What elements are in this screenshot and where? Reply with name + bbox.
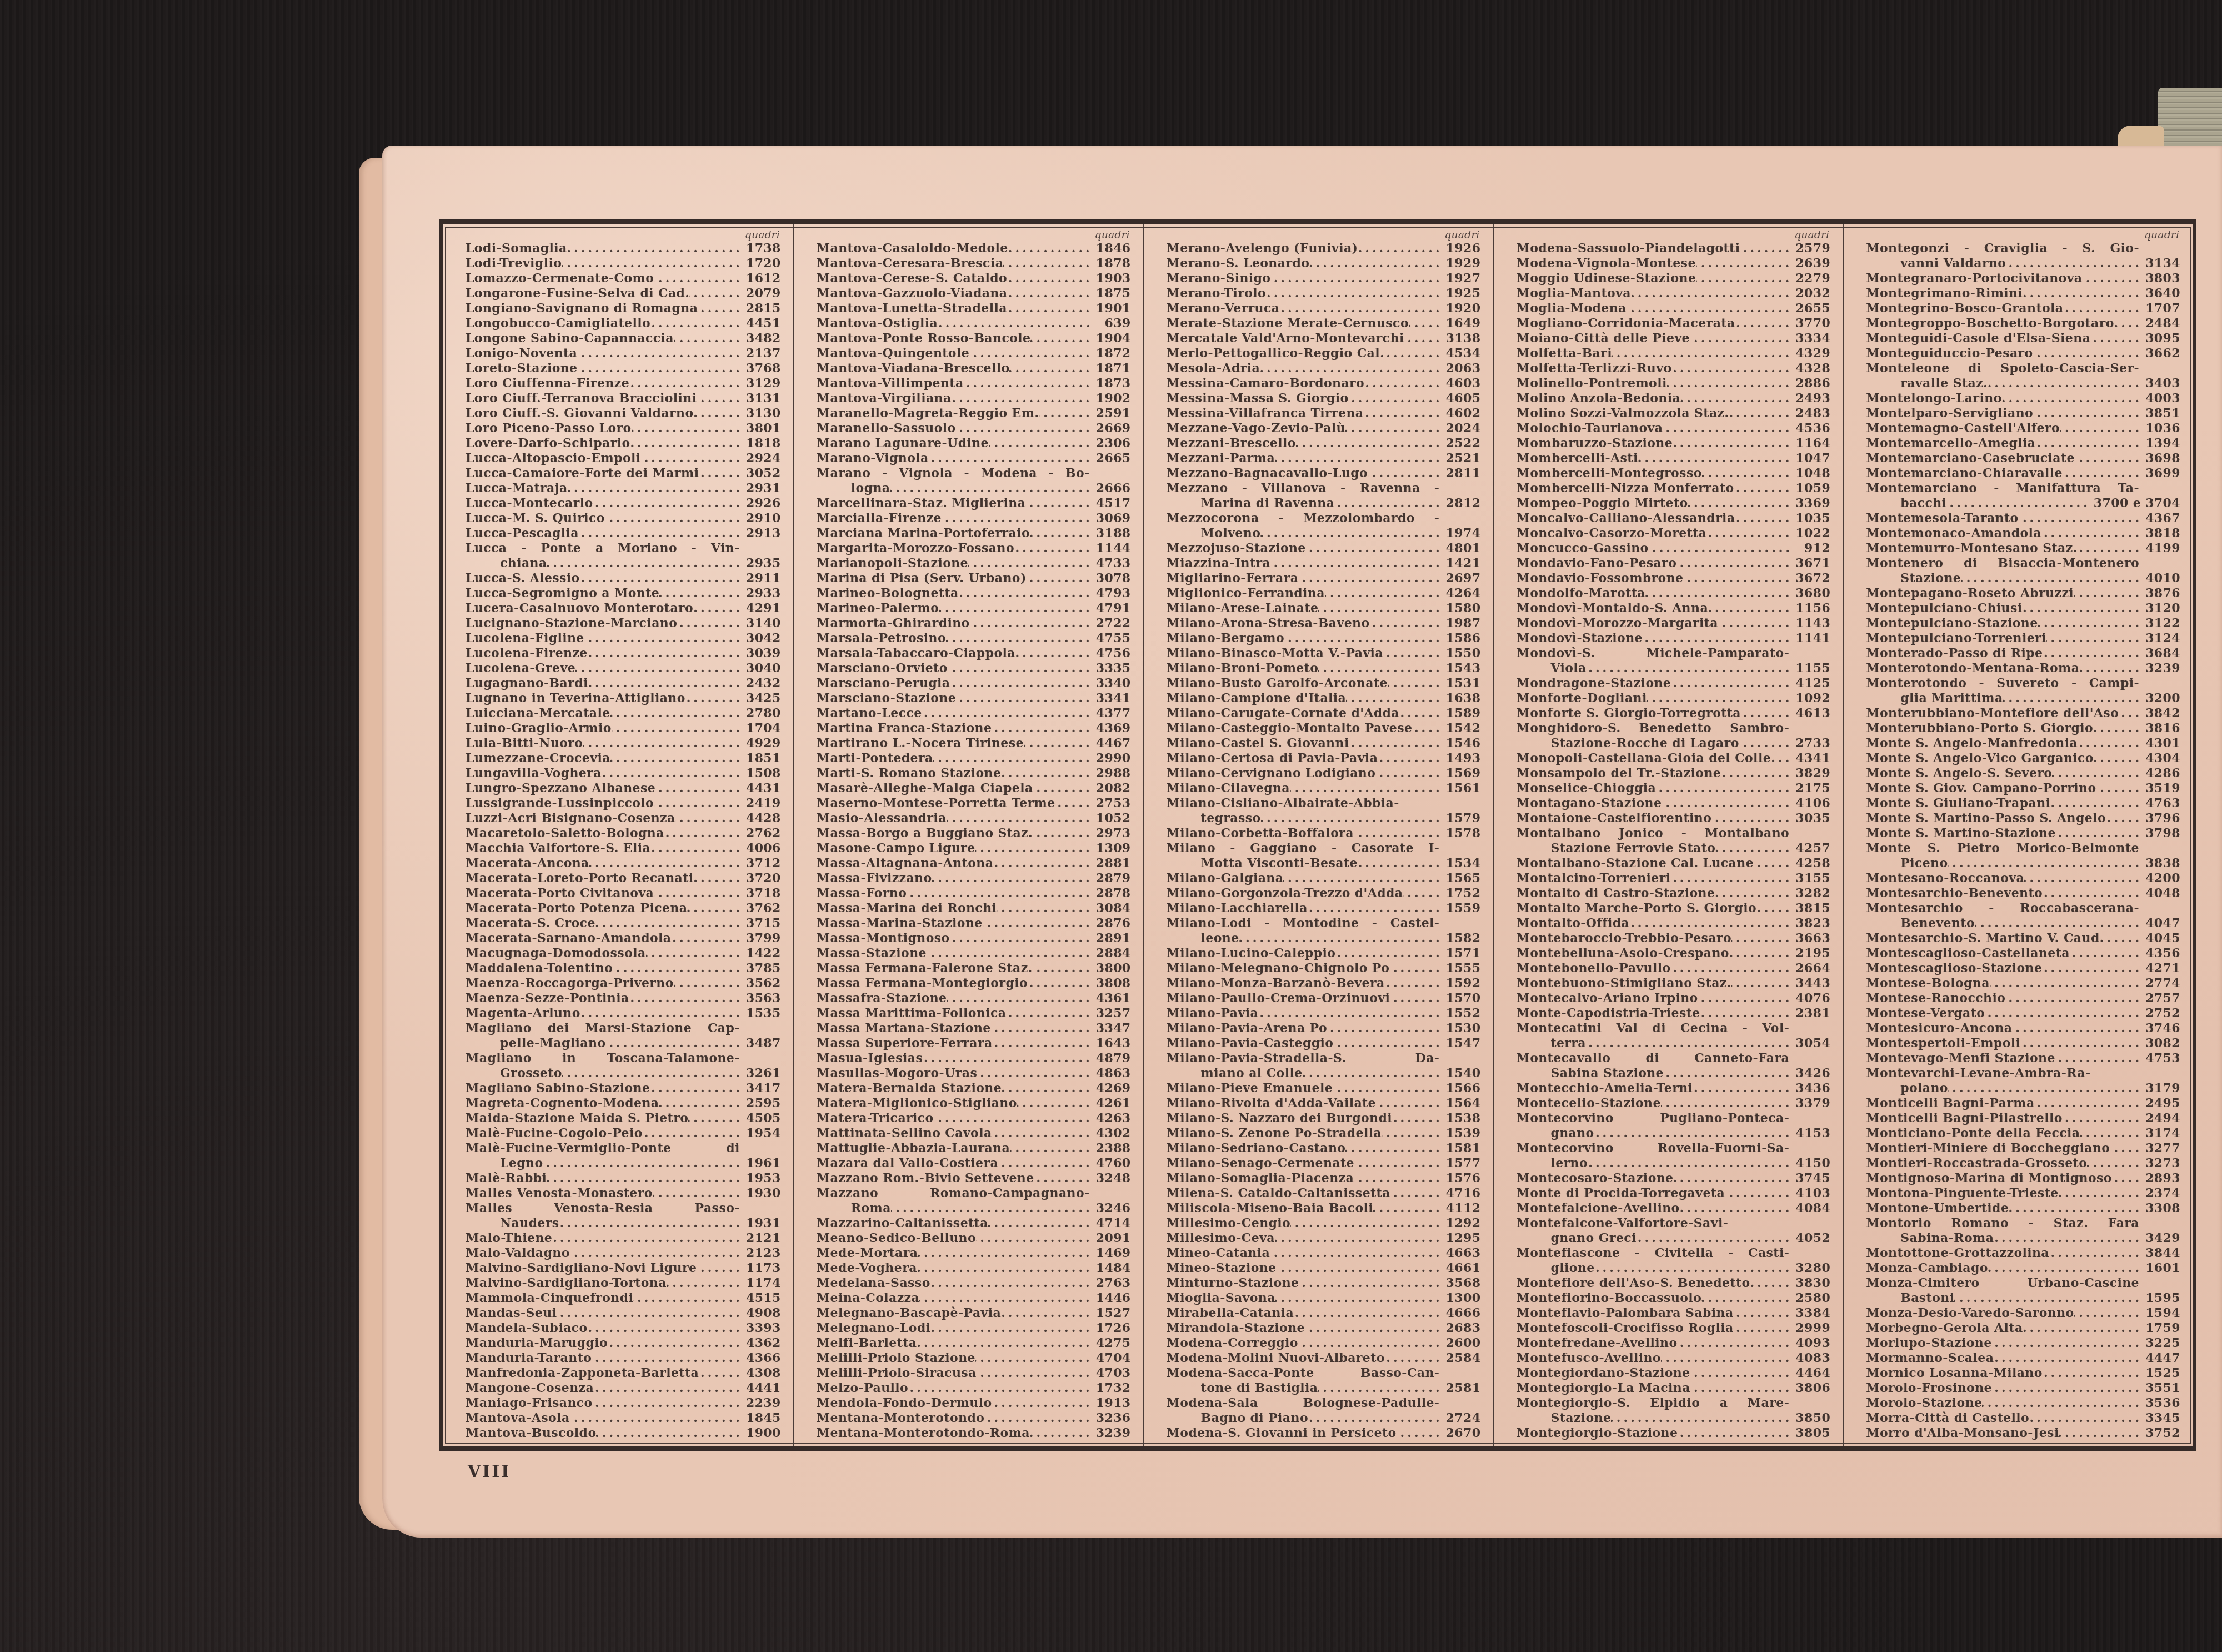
index-entry: Mondovì-Montaldo-S. Anna 1156 [1516, 601, 1830, 616]
entry-quadri-number: 1904 [1093, 331, 1131, 346]
entry-line: Molino Anzola-Bedonia 2493 [1516, 391, 1830, 406]
entry-line: Monte S. Martino-Stazione 3798 [1866, 826, 2180, 841]
entry-name: Marsciano-Perugia [817, 676, 950, 691]
entry-line: Lucca-Segromigno a Monte 2933 [466, 586, 781, 601]
dot-leader [629, 376, 743, 391]
entry-line: Mantova-Cerese-S. Cataldo 1903 [817, 271, 1131, 286]
dot-leader [1010, 1141, 1093, 1156]
index-entry: Masullas-Mogoro-Uras 4863 [817, 1066, 1131, 1081]
entry-name: Mazara dal Vallo-Costiera [817, 1156, 998, 1171]
dot-leader [1649, 541, 1793, 556]
index-entry: Marsala-Tabaccaro-Ciappola 4756 [817, 646, 1131, 661]
index-entry: Meano-Sedico-Belluno 2091 [817, 1231, 1131, 1246]
index-entry: Matera-Tricarico 4263 [817, 1111, 1131, 1126]
entry-line-continuation: Motta Visconti-Besate 1534 [1167, 856, 1481, 871]
entry-name: Mazzano Romano-Campagnano- [817, 1186, 1090, 1200]
entry-line: Monteguiduccio-Pesaro 3662 [1866, 346, 2180, 361]
entry-name-continuation: Sabina-Roma [1900, 1231, 1994, 1246]
entry-line-continuation: miano al Colle 1540 [1167, 1066, 1481, 1081]
index-entry: Monticelli Bagni-Parma 2495 [1866, 1096, 2180, 1111]
index-entry: Lucca-Camaiore-Forte dei Marmi 3052 [466, 466, 781, 481]
entry-name: Montegranaro-Portocivitanova [1866, 271, 2082, 286]
entry-name-continuation: chiana [500, 556, 547, 571]
entry-quadri-number: 4084 [1792, 1201, 1830, 1216]
entry-line: Milano-Busto Garolfo-Arconate 1531 [1167, 676, 1481, 691]
dot-leader [952, 391, 1093, 406]
index-entry: Mogliano-Corridonia-Macerata 3770 [1516, 316, 1830, 331]
entry-line: Mondolfo-Marotta 3680 [1516, 586, 1830, 601]
index-entry: Montemarcello-Ameglia 1394 [1866, 436, 2180, 451]
entry-name: Luino-Graglio-Armio [466, 721, 612, 736]
entry-name-continuation: logna [851, 481, 890, 496]
dot-leader [1664, 1066, 1792, 1081]
index-entry: Marina di Pisa (Serv. Urbano) 3078 [817, 571, 1131, 586]
entry-name: Montepulciano-Chiusi [1866, 601, 2022, 616]
dot-leader [1671, 871, 1793, 886]
entry-list: Mantova-Casaloldo-Medole 1846 Mantova-Ce… [817, 241, 1131, 1441]
index-entry: Montese-Bologna 2774 [1866, 976, 2180, 991]
dot-leader [605, 1036, 743, 1051]
entry-quadri-number: 3239 [1093, 1426, 1131, 1441]
index-entry: Milano-Arona-Stresa-Baveno 1987 [1167, 616, 1481, 631]
entry-name: Marti-Pontedera [817, 751, 933, 766]
index-entry: Massa-Borgo a Buggiano Staz. 2973 [817, 826, 1131, 841]
dot-leader [1946, 496, 2090, 511]
entry-name: Mandas-Seui [466, 1306, 557, 1321]
entry-name: Maenza-Roccagorga-Priverno [466, 976, 674, 991]
dot-leader [964, 376, 1093, 391]
dot-leader [1729, 406, 1793, 421]
index-entry: Montelparo-Servigliano 3851 [1866, 406, 2180, 421]
entry-line: Mantova-Ceresara-Brescia 1878 [817, 256, 1131, 271]
entry-name: Montignoso-Marina di Montignoso [1866, 1171, 2112, 1186]
entry-line: Lodi-Somaglia 1738 [466, 241, 781, 256]
column-header-quadri: quadri [817, 229, 1131, 241]
entry-quadri-number: 2722 [1093, 616, 1131, 631]
entry-name: Montalbano-Stazione Cal. Lucane [1516, 856, 1754, 871]
index-entry: Milano-Gorgonzola-Trezzo d'Adda 1752 [1167, 886, 1481, 901]
entry-line-continuation: Bastoni 1595 [1866, 1291, 2180, 1306]
entry-name: Lucca-Pescaglia [466, 526, 579, 541]
entry-quadri-number: 3806 [1792, 1381, 1830, 1396]
entry-line: Mazara dal Vallo-Costiera 4760 [817, 1156, 1131, 1171]
entry-name: Milano-Busto Garolfo-Arconate [1167, 676, 1388, 691]
entry-name-continuation: Stazione-Rocche di Lagaro [1550, 736, 1739, 751]
entry-line: Macchia Valfortore-S. Elia 4006 [466, 841, 781, 856]
entry-name: Mantova-Viadana-Brescello [817, 361, 1010, 376]
entry-quadri-number: 2579 [1792, 241, 1830, 256]
dot-leader [1390, 1186, 1443, 1201]
dot-leader [1595, 1261, 1793, 1276]
entry-name-continuation: Motta Visconti-Besate [1201, 856, 1358, 871]
entry-name-continuation: polano [1900, 1081, 1948, 1096]
index-entry: Montelongo-Larino 4003 [1866, 391, 2180, 406]
entry-name: Montegonzi - Craviglia - S. Gio- [1866, 241, 2139, 256]
entry-name-continuation: miano al Colle [1201, 1066, 1303, 1081]
entry-quadri-number: 3334 [1792, 331, 1830, 346]
entry-quadri-number: 3040 [743, 661, 781, 676]
dot-leader [595, 916, 743, 931]
entry-name: Merano-Verruca [1167, 301, 1280, 316]
dot-leader [1994, 1231, 2142, 1246]
entry-line: Mede-Mortara 1469 [817, 1246, 1131, 1261]
dot-leader [968, 556, 1093, 571]
entry-name: Montefiascone - Civitella - Casti- [1516, 1246, 1789, 1260]
entry-line: Montecalvo-Ariano Irpino 4076 [1516, 991, 1830, 1006]
entry-name: Montenero di Bisaccia-Montenero [1866, 556, 2139, 570]
entry-name: Mompeo-Poggio Mirteto [1516, 496, 1688, 511]
entry-name: Monterotondo-Mentana-Roma [1866, 661, 2079, 676]
entry-name: Melzo-Paullo [817, 1381, 908, 1396]
entry-quadri-number: 2891 [1093, 931, 1131, 946]
entry-line: Montalto-Offida 3823 [1516, 916, 1830, 931]
index-entry: Malè-Fucine-Vermiglio-Ponte di Legno 196… [466, 1141, 781, 1171]
entry-name: Marti-S. Romano Stazione [817, 766, 1002, 781]
dot-leader [891, 1201, 1093, 1216]
dot-leader [2063, 466, 2142, 481]
index-entry: Monte S. Giuliano-Trapani 4763 [1866, 796, 2180, 811]
entry-name: Masua-Iglesias [817, 1051, 923, 1066]
entry-quadri-number: 2973 [1093, 826, 1131, 841]
entry-line: Mazzarino-Caltanissetta 4714 [817, 1216, 1131, 1231]
entry-name: Montalcino-Torrenieri [1516, 871, 1670, 886]
entry-quadri-number: 1446 [1093, 1291, 1131, 1306]
index-entry: Milano-Arese-Lainate 1580 [1167, 601, 1481, 616]
entry-line: Monte S. Giuliano-Trapani 4763 [1866, 796, 2180, 811]
entry-quadri-number: 4356 [2142, 946, 2180, 961]
index-entry: Montesicuro-Ancona 3746 [1866, 1021, 2180, 1036]
dot-leader [610, 706, 743, 721]
index-entry: Molino Sozzi-Valmozzola Staz. 2483 [1516, 406, 1830, 421]
entry-name: Monte S. Giuliano-Trapani [1866, 796, 2050, 811]
index-entry: Milano-Cilavegna 1561 [1167, 781, 1481, 796]
entry-name: Lucca-M. S. Quirico [466, 511, 605, 526]
entry-line: Montenero di Bisaccia-Montenero [1866, 556, 2180, 571]
entry-quadri-number: 2494 [2142, 1111, 2180, 1126]
entry-line: Macerata-Ancona 3712 [466, 856, 781, 871]
dot-leader [1373, 1201, 1442, 1216]
entry-quadri-number: 1643 [1093, 1036, 1131, 1051]
dot-leader [1404, 331, 1443, 346]
dot-leader [2119, 706, 2142, 721]
entry-name: Montegiorgio-Stazione [1516, 1426, 1678, 1441]
entry-name: Montefalcone-Valfortore-Savi- [1516, 1216, 1728, 1230]
entry-name: Montefiore dell'Aso-S. Benedetto [1516, 1276, 1750, 1291]
dot-leader [685, 691, 743, 706]
dot-leader [992, 1126, 1093, 1141]
entry-name: Monte S. Giov. Campano-Porrino [1866, 781, 2096, 796]
index-entry: Montese-Vergato 2752 [1866, 1006, 2180, 1021]
dot-leader [1009, 361, 1092, 376]
entry-quadri-number: 2279 [1792, 271, 1830, 286]
entry-name: Marsala-Tabaccaro-Ciappola [817, 646, 1015, 661]
dot-leader [1663, 421, 1792, 436]
index-entry: Montescaglioso-Stazione 4271 [1866, 961, 2180, 976]
entry-quadri-number: 2082 [1093, 781, 1131, 796]
dot-leader [938, 316, 1093, 331]
entry-quadri-number: 2924 [743, 451, 781, 466]
entry-name: Longobucco-Camigliatello [466, 316, 650, 331]
dot-leader [2059, 1186, 2143, 1201]
index-entry: Montemonaco-Amandola 3818 [1866, 526, 2180, 541]
entry-quadri-number: 3746 [2142, 1021, 2180, 1036]
dot-leader [2079, 661, 2142, 676]
index-entry: Montemesola-Taranto 4367 [1866, 511, 2180, 526]
dot-leader [2080, 1126, 2142, 1141]
entry-name: Massa Fermana-Montegiorgio [817, 976, 1028, 991]
entry-line: Milano-S. Nazzaro dei Burgondi 1538 [1167, 1111, 1481, 1126]
entry-line: Maniago-Frisanco 2239 [466, 1396, 781, 1411]
entry-line: Marcialla-Firenze 3069 [817, 511, 1131, 526]
index-entry: Milano-Paullo-Crema-Orzinuovi 1570 [1167, 991, 1481, 1006]
entry-line: Loro Ciuff.-Terranova Bracciolini 3131 [466, 391, 781, 406]
entry-quadri-number: 3225 [2142, 1336, 2180, 1351]
entry-line: Longarone-Fusine-Selva di Cad. 2079 [466, 286, 781, 301]
index-entry: Mesola-Adria 2063 [1167, 361, 1481, 376]
dot-leader [697, 391, 743, 406]
index-entry: Milano-Busto Garolfo-Arconate 1531 [1167, 676, 1481, 691]
entry-quadri-number: 2913 [743, 526, 781, 541]
entry-line: Mantova-Buscoldo 1900 [466, 1426, 781, 1441]
entry-quadri-number: 3801 [743, 421, 781, 436]
dot-leader [664, 826, 743, 841]
index-entry: Mede-Mortara 1469 [817, 1246, 1131, 1261]
entry-line: Lomazzo-Cermenate-Como 1612 [466, 271, 781, 286]
dot-leader [975, 1351, 1093, 1366]
index-entry: Modena-Correggio 2600 [1167, 1336, 1481, 1351]
entry-line: Massa-Marina-Stazione 2876 [817, 916, 1131, 931]
dot-leader [1368, 466, 1442, 481]
entry-line: Milano-Lucino-Caleppio 1571 [1167, 946, 1481, 961]
index-entry: Mompeo-Poggio Mirteto 3369 [1516, 496, 1830, 511]
entry-quadri-number: 4112 [1443, 1201, 1481, 1216]
entry-name: Masio-Alessandria [817, 811, 947, 826]
entry-name: Montecavallo di Canneto-Fara [1516, 1051, 1789, 1065]
dot-leader [633, 1291, 743, 1306]
entry-quadri-number: 1579 [1443, 811, 1481, 826]
entry-line: Montefiascone - Civitella - Casti- [1516, 1246, 1830, 1261]
index-entry: Mornico Losanna-Milano 1525 [1866, 1366, 2180, 1381]
index-entry: Milano-Pavia-Stradella-S. Da- miano al C… [1167, 1051, 1481, 1081]
dot-leader [1740, 241, 1792, 256]
entry-quadri-number: 3568 [1443, 1276, 1481, 1291]
entry-name-continuation: vanni Valdarno [1900, 256, 2006, 271]
entry-quadri-number: 1036 [2142, 421, 2180, 436]
entry-name: Milano-Lodi - Montodine - Castel- [1167, 916, 1440, 930]
entry-quadri-number: 3684 [2142, 646, 2180, 661]
entry-line: Lucca-Matraja 2931 [466, 481, 781, 496]
dot-leader [1392, 1111, 1443, 1126]
entry-name: Mezzane-Vago-Zevio-Palù [1167, 421, 1345, 436]
entry-name: Mondragone-Stazione [1516, 676, 1671, 691]
entry-quadri-number: 2879 [1093, 871, 1131, 886]
entry-name: Modena-Sassuolo-Piandelagotti [1516, 241, 1740, 256]
entry-line: Massa Superiore-Ferrara 1643 [817, 1036, 1131, 1051]
entry-name: Milano-Cilavegna [1167, 781, 1290, 796]
index-entry: Milano-Campione d'Italia 1638 [1167, 691, 1481, 706]
entry-name: Monza-Cimitero Urbano-Cascine [1866, 1276, 2139, 1290]
index-entry: Malo-Valdagno 2123 [466, 1246, 781, 1261]
entry-name: Mantova-Casaloldo-Medole [817, 241, 1008, 256]
dot-leader [1364, 376, 1442, 391]
entry-line: Magliano Sabino-Stazione 3417 [466, 1081, 781, 1096]
entry-name: Maserno-Montese-Porretta Terme [817, 796, 1055, 811]
entry-name: Montevarchi-Levane-Ambra-Ra- [1866, 1066, 2090, 1080]
dot-leader [984, 1411, 1092, 1426]
index-entry: Molfetta-Terlizzi-Ruvo 4328 [1516, 361, 1830, 376]
entry-quadri-number: 3818 [2142, 526, 2180, 541]
entry-name-continuation: Marina di Ravenna [1201, 496, 1335, 511]
entry-name: Montecatini Val di Cecina - Vol- [1516, 1021, 1789, 1035]
entry-quadri-number: 2374 [2142, 1186, 2180, 1201]
entry-quadri-number: 1601 [2142, 1261, 2180, 1276]
entry-quadri-number: 1873 [1093, 376, 1131, 391]
entry-line: Marsciano-Perugia 3340 [817, 676, 1131, 691]
entry-line: Lungro-Spezzano Albanese 4431 [466, 781, 781, 796]
entry-quadri-number: 1022 [1792, 526, 1830, 541]
index-entry: Montegroppo-Boschetto-Borgotaro 2484 [1866, 316, 2180, 331]
index-entry: Monforte-Dogliani 1092 [1516, 691, 1830, 706]
index-entry: Mantova-Viadana-Brescello 1871 [817, 361, 1131, 376]
dot-leader [687, 901, 743, 916]
dot-leader [1671, 961, 1793, 976]
entry-quadri-number: 1484 [1093, 1261, 1131, 1276]
dot-leader [1399, 706, 1443, 721]
entry-quadri-number: 1871 [1093, 361, 1131, 376]
entry-name: Milano-Campione d'Italia [1167, 691, 1347, 706]
entry-line: Monza-Desio-Varedo-Saronno 1594 [1866, 1306, 2180, 1321]
entry-line: Mandas-Seui 4908 [466, 1306, 781, 1321]
dot-leader [1671, 361, 1792, 376]
index-entry: Lovere-Darfo-Schipario 1818 [466, 436, 781, 451]
dot-leader [654, 271, 743, 286]
entry-line: Milano-Pieve Emanuele 1566 [1167, 1081, 1481, 1096]
entry-quadri-number: 1595 [2142, 1291, 2180, 1306]
entry-quadri-number: 2757 [2142, 991, 2180, 1006]
dot-leader [1001, 766, 1092, 781]
index-entry: Montecalvo-Ariano Irpino 4076 [1516, 991, 1830, 1006]
dot-leader [1279, 301, 1442, 316]
entry-line: Mesola-Adria 2063 [1167, 361, 1481, 376]
index-entry: Mantova-Cerese-S. Cataldo 1903 [817, 271, 1131, 286]
dot-leader [1700, 1006, 1793, 1021]
dot-leader [675, 811, 743, 826]
index-entry: Lucca-Montecarlo 2926 [466, 496, 781, 511]
entry-quadri-number: 1561 [1443, 781, 1481, 796]
entry-line: Marciana Marina-Portoferraio 3188 [817, 526, 1131, 541]
entry-line: Marti-Pontedera 2990 [817, 751, 1131, 766]
index-entry: Montemurro-Montesano Staz. 4199 [1866, 541, 2180, 556]
entry-quadri-number: 4257 [1792, 841, 1830, 856]
entry-name: Monticelli Bagni-Parma [1866, 1096, 2035, 1111]
entry-quadri-number: 3236 [1093, 1411, 1131, 1426]
entry-line: Lucera-Casalnuovo Monterotaro 4291 [466, 601, 781, 616]
entry-line: Montevarchi-Levane-Ambra-Ra- [1866, 1066, 2180, 1081]
index-entry: Milano-Lacchiarella 1559 [1167, 901, 1481, 916]
entry-quadri-number: 2432 [743, 676, 781, 691]
entry-line: Malles Venosta-Monastero 1930 [466, 1186, 781, 1201]
dot-leader [970, 616, 1093, 631]
dot-leader [1033, 961, 1093, 976]
entry-name-continuation: Stazione Ferrovie Stato [1550, 841, 1715, 856]
entry-name: Monselice-Chioggia [1516, 781, 1656, 796]
entry-quadri-number: 2584 [1443, 1351, 1481, 1366]
index-entry: Morolo-Frosinone 3551 [1866, 1381, 2180, 1396]
entry-quadri-number: 3816 [2142, 721, 2180, 736]
entry-name: Milano-Lacchiarella [1167, 901, 1308, 916]
entry-line-continuation: Nauders 1931 [466, 1216, 781, 1231]
index-entry: Massa-Marina dei Ronchi 3084 [817, 901, 1131, 916]
entry-line: Montebelluna-Asolo-Crespano 2195 [1516, 946, 1830, 961]
entry-quadri-number: 2752 [2142, 1006, 2180, 1021]
entry-quadri-number: 1569 [1443, 766, 1481, 781]
entry-quadri-number: 4666 [1443, 1306, 1481, 1321]
entry-name: Milano-S. Zenone Po-Stradella [1167, 1126, 1382, 1141]
dot-leader [2006, 256, 2142, 271]
dot-leader [959, 586, 1093, 601]
dot-leader [1027, 571, 1093, 586]
entry-line: Martano-Lecce 4377 [817, 706, 1131, 721]
entry-quadri-number: 4199 [2142, 541, 2180, 556]
entry-line: Macugnaga-Domodossola 1422 [466, 946, 781, 961]
entry-quadri-number: 2639 [1792, 256, 1830, 271]
index-entry: Maranello-Sassuolo 2669 [817, 421, 1131, 436]
dot-leader [1389, 961, 1442, 976]
entry-name: Mantova-Ostiglia [817, 316, 938, 331]
index-entry: Montalto-Offida 3823 [1516, 916, 1830, 931]
entry-name: Lucca-Matraja [466, 481, 568, 496]
entry-quadri-number: 3762 [743, 901, 781, 916]
entry-quadri-number: 3120 [2142, 601, 2180, 616]
entry-name: Milano-Sedriano-Castano [1167, 1141, 1346, 1156]
entry-quadri-number: 3551 [2142, 1381, 2180, 1396]
dot-leader [1290, 1216, 1442, 1231]
index-entry: Montefiorino-Boccassuolo 2580 [1516, 1291, 1830, 1306]
entry-line: Montespertoli-Empoli 3082 [1866, 1036, 2180, 1051]
index-entry: Massa-Forno 2878 [817, 886, 1131, 901]
entry-name: Loro Ciuffenna-Firenze [466, 376, 629, 391]
entry-quadri-number: 1540 [1443, 1066, 1481, 1081]
entry-line: Masua-Iglesias 4879 [817, 1051, 1131, 1066]
index-entry: Merano-Tirolo 1925 [1167, 286, 1481, 301]
entry-line: Loreto-Stazione 3768 [466, 361, 781, 376]
dot-leader [1948, 1081, 2142, 1096]
index-entry: Maniago-Frisanco 2239 [466, 1396, 781, 1411]
entry-name: Modena-Molini Nuovi-Albareto [1167, 1351, 1385, 1366]
index-entry: Marano - Vignola - Modena - Bo- logna 26… [817, 466, 1131, 496]
index-entry: Magliano in Toscana-Talamone- Grosseto 3… [466, 1051, 781, 1081]
index-entry: Loreto-Stazione 3768 [466, 361, 781, 376]
entry-name: Moncalvo-Calliano-Alessandria [1516, 511, 1735, 526]
entry-quadri-number: 4753 [2142, 1051, 2180, 1066]
entry-line: Mondavio-Fossombrone 3672 [1516, 571, 1830, 586]
entry-quadri-number: 1552 [1443, 1006, 1481, 1021]
entry-name: Milano-Gorgonzola-Trezzo d'Adda [1167, 886, 1403, 901]
dot-leader [2036, 436, 2143, 451]
index-entry: Montieri-Miniere di Boccheggiano 3277 [1866, 1141, 2180, 1156]
entry-line: Millesimo-Cengio 1292 [1167, 1216, 1481, 1231]
entry-name: Mogliano-Corridonia-Macerata [1516, 316, 1735, 331]
entry-name: Milano-Casteggio-Montalto Pavese [1167, 721, 1413, 736]
index-entry: Montalto di Castro-Stazione 3282 [1516, 886, 1830, 901]
dot-leader [2074, 1306, 2142, 1321]
dot-leader [1305, 1321, 1443, 1336]
dot-leader [1296, 436, 1443, 451]
entry-line: Masarè-Alleghe-Malga Ciapela 2082 [817, 781, 1131, 796]
entry-quadri-number: 1035 [1792, 511, 1830, 526]
entry-quadri-number: 2780 [743, 706, 781, 721]
entry-name: Moncucco-Gassino [1516, 541, 1648, 556]
